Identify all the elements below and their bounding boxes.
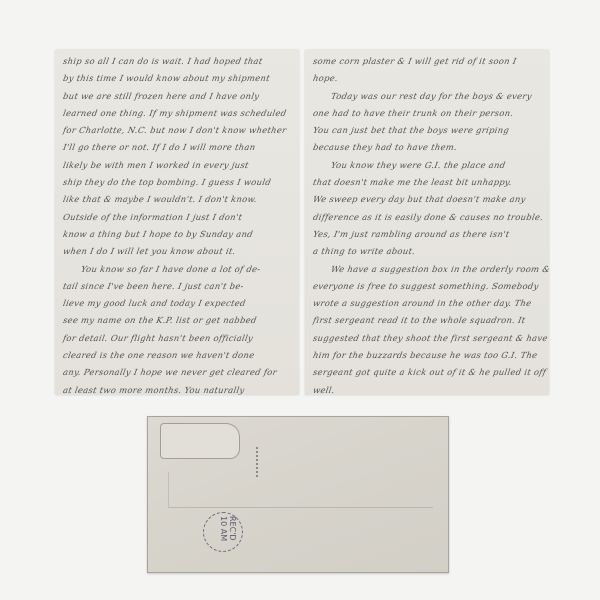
letter-line: Outside of the information I just I don'… xyxy=(61,209,294,226)
letter-line: a thing to write about. xyxy=(311,243,544,260)
letter-line: ship so all I can do is wait. I had hope… xyxy=(61,53,294,70)
letter-line: one had to have their trunk on their per… xyxy=(311,105,544,122)
letter-line: that doesn't make me the least bit unhap… xyxy=(311,174,544,191)
letter-line: suggested that they shoot the first serg… xyxy=(311,330,544,347)
postmark-stamp: REC'D 10 AM xyxy=(203,512,243,552)
letter-line: because they had to have them. xyxy=(311,139,544,156)
handwritten-text-right: some corn plaster & I will get rid of it… xyxy=(313,53,543,395)
letter-line: when I do I will let you know about it. xyxy=(61,243,294,260)
letter-line: ship they do the top bombing. I guess I … xyxy=(61,174,294,191)
letter-line: for detail. Our flight hasn't been offic… xyxy=(61,330,294,347)
letter-page-left: ship so all I can do is wait. I had hope… xyxy=(55,50,299,395)
letter-line: tail since I've been here. I just can't … xyxy=(61,278,294,295)
envelope: REC'D 10 AM xyxy=(147,416,449,573)
letter-line: first sergeant read it to the whole squa… xyxy=(311,312,544,329)
envelope-marks xyxy=(256,447,261,477)
letter-line: at least two more months. You naturally xyxy=(61,382,294,395)
letter-line: but we are still frozen here and I have … xyxy=(61,88,294,105)
letter-line: Today was our rest day for the boys & ev… xyxy=(311,88,544,105)
letter-line: like that & maybe I wouldn't. I don't kn… xyxy=(61,191,294,208)
envelope-flap-edge xyxy=(168,472,169,507)
letter-line: difference as it is easily done & causes… xyxy=(311,209,544,226)
letter-line: see my name on the K.P. list or get nabb… xyxy=(61,312,294,329)
letter-line: learned one thing. If my shipment was sc… xyxy=(61,105,294,122)
letter-line: We have a suggestion box in the orderly … xyxy=(311,261,544,278)
letter-line: well. xyxy=(311,382,544,395)
letter-line: You know so far I have done a lot of de- xyxy=(61,261,294,278)
letter-line: hope. xyxy=(311,70,544,87)
letter-line: Yes, I'm just rambling around as there i… xyxy=(311,226,544,243)
letter-line: know a thing but I hope to by Sunday and xyxy=(61,226,294,243)
letter-line: You can just bet that the boys were grip… xyxy=(311,122,544,139)
letter-line: some corn plaster & I will get rid of it… xyxy=(311,53,544,70)
letter-page-right: some corn plaster & I will get rid of it… xyxy=(305,50,549,395)
letter-line: I'll go there or not. If I do I will mor… xyxy=(61,139,294,156)
letter-line: sergeant got quite a kick out of it & he… xyxy=(311,364,544,381)
letter-line: wrote a suggestion around in the other d… xyxy=(311,295,544,312)
handwritten-text-left: ship so all I can do is wait. I had hope… xyxy=(63,53,293,395)
letter-line: by this time I would know about my shipm… xyxy=(61,70,294,87)
letter-line: We sweep every day but that doesn't make… xyxy=(311,191,544,208)
letter-line: cleared is the one reason we haven't don… xyxy=(61,347,294,364)
letter-line: everyone is free to suggest something. S… xyxy=(311,278,544,295)
letter-line: him for the buzzards because he was too … xyxy=(311,347,544,364)
postmark-text: REC'D 10 AM xyxy=(219,516,237,544)
letter-line: for Charlotte, N.C. but now I don't know… xyxy=(61,122,294,139)
envelope-torn-corner xyxy=(160,423,240,459)
letter-line: You know they were G.I. the place and xyxy=(311,157,544,174)
envelope-flap-fold xyxy=(168,507,433,508)
letter-line: any. Personally I hope we never get clea… xyxy=(61,364,294,381)
letter-line: likely be with men I worked in every jus… xyxy=(61,157,294,174)
letter-line: lieve my good luck and today I expected xyxy=(61,295,294,312)
